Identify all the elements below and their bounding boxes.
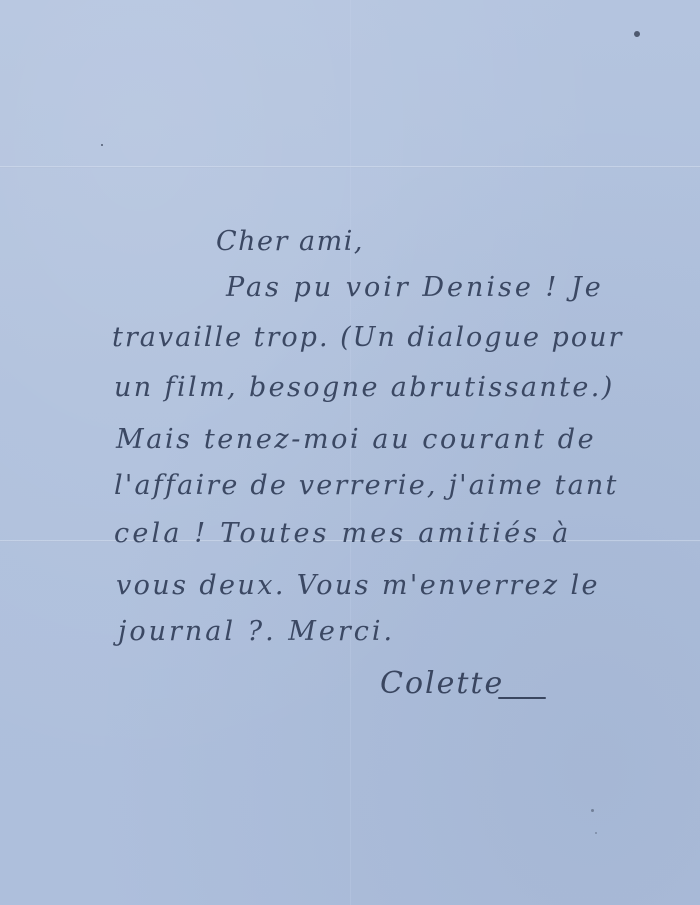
- letter-line-7: vous deux. Vous m'enverrez le: [116, 570, 600, 601]
- paper-spot: [591, 809, 594, 812]
- letter-line-8: journal ?. Merci.: [118, 616, 395, 647]
- letter-line-1: Pas pu voir Denise ! Je: [226, 272, 604, 303]
- letter-line-4: Mais tenez-moi au courant de: [116, 424, 596, 455]
- signature: Colette: [380, 666, 504, 701]
- paper-spot: [101, 144, 103, 146]
- salutation: Cher ami,: [216, 226, 364, 257]
- letter-line-6: cela ! Toutes mes amitiés à: [114, 518, 571, 549]
- signature-flourish: [498, 697, 546, 699]
- paper-spot: [634, 31, 640, 37]
- letter-line-5: l'affaire de verrerie, j'aime tant: [114, 470, 619, 501]
- letter-paper: Cher ami, Pas pu voir Denise ! Je travai…: [0, 0, 700, 905]
- letter-line-2: travaille trop. (Un dialogue pour: [112, 322, 623, 353]
- letter-line-3: un film, besogne abrutissante.): [114, 372, 615, 403]
- paper-spot: [595, 832, 597, 834]
